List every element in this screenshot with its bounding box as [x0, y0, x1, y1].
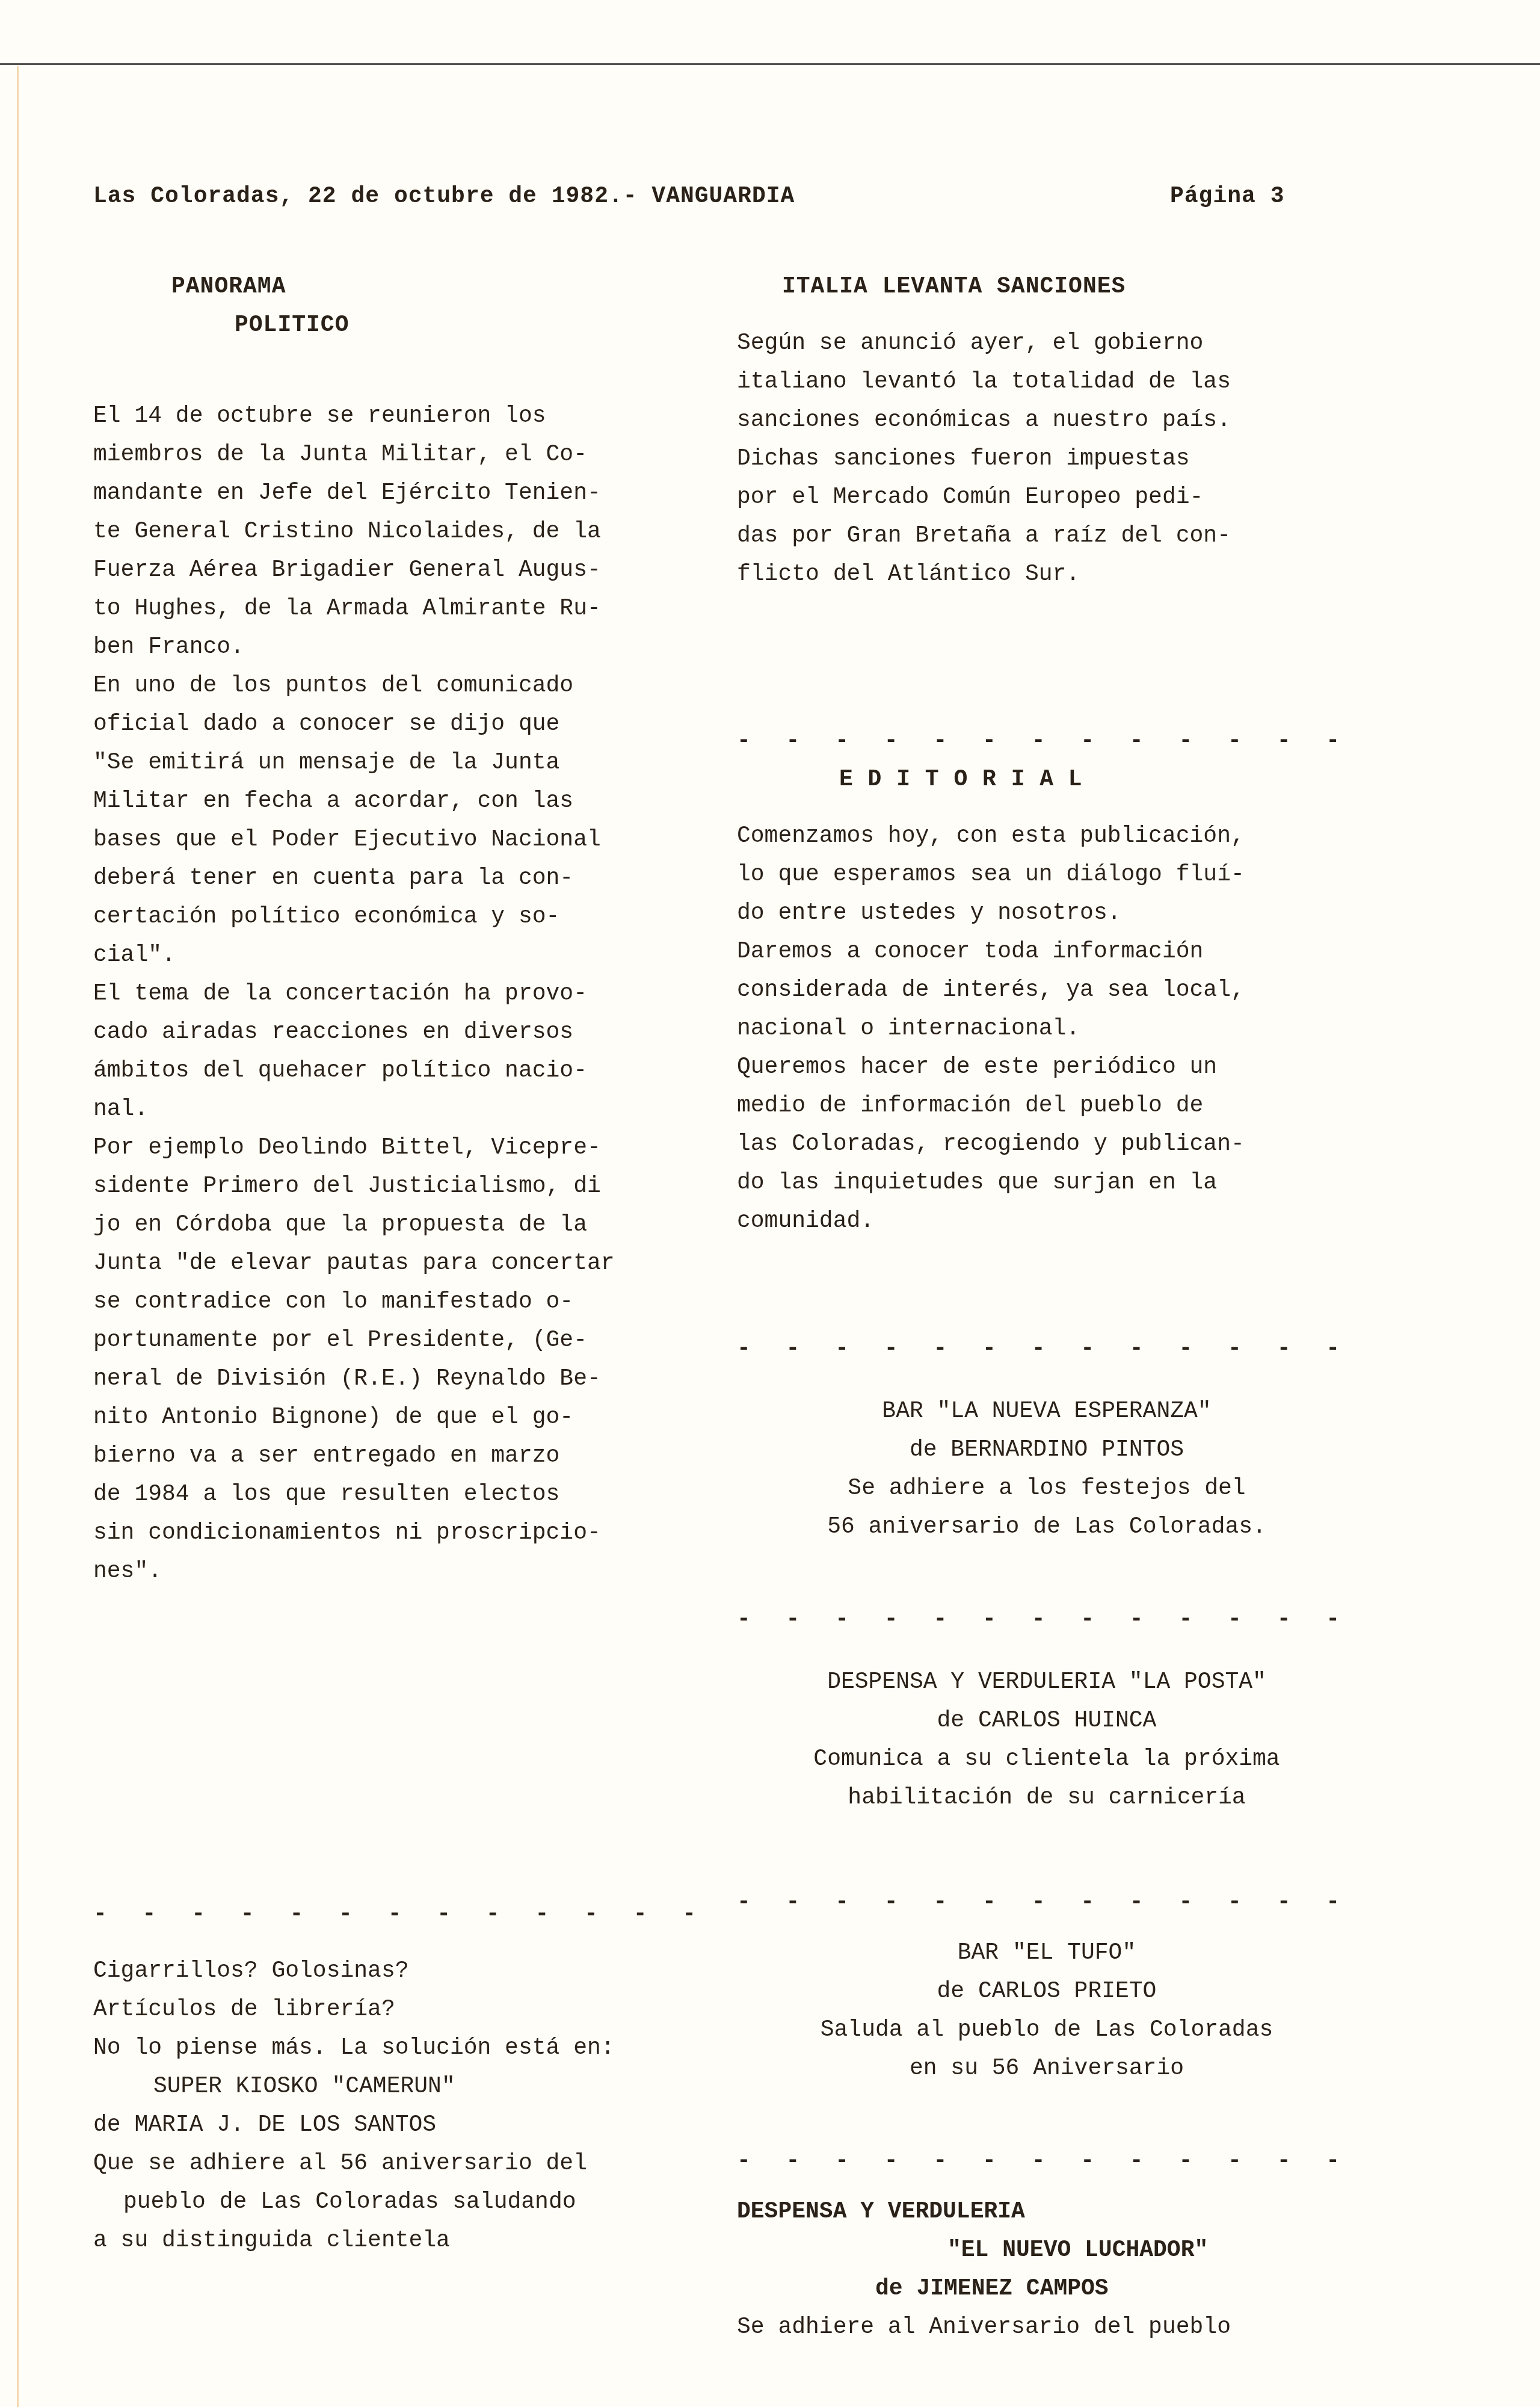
left-column: PANORAMA POLITICO: [93, 268, 707, 345]
ad-line: Artículos de librería?: [93, 1991, 707, 2029]
ad-text: BAR "EL TUFO" de CARLOS PRIETO Saluda al…: [737, 1934, 1357, 2088]
editorial-section: - - - - - - - - - - - - - - - - - - - - …: [737, 722, 1357, 1241]
page-header: Las Coloradas, 22 de octubre de 1982.- V…: [93, 184, 1296, 209]
ad-line: Cigarrillos? Golosinas?: [93, 1952, 707, 1991]
article-title-panorama: PANORAMA: [93, 268, 707, 306]
dateline: Las Coloradas, 22 de octubre de 1982.- V…: [93, 184, 795, 209]
ad-owner: de MARIA J. DE LOS SANTOS: [93, 2106, 707, 2145]
page-left-edge: [17, 66, 19, 2407]
divider: - - - - - - - - - - - - - - - - - - - -: [737, 2142, 1338, 2181]
ad-line: No lo piense más. La solución está en:: [93, 2029, 707, 2068]
article-title-politico: POLITICO: [93, 306, 707, 345]
article-title-italia: ITALIA LEVANTA SANCIONES: [737, 268, 1357, 306]
panorama-article-body: El 14 de octubre se reunieron los miembr…: [93, 397, 707, 1591]
paragraph: El tema de la concertación ha provo- cad…: [93, 975, 707, 1129]
page-top-edge: [0, 63, 1540, 65]
editorial-title: E D I T O R I A L: [737, 761, 1357, 799]
ad-line: Se adhiere al Aniversario del pueblo: [737, 2308, 1357, 2347]
ad-nuevo-luchador: - - - - - - - - - - - - - - - - - - - - …: [737, 2142, 1357, 2347]
divider: - - - - - - - - - - - - - - - - - - - -: [93, 1896, 695, 1934]
divider: - - - - - - - - - - - - - - - - - - - -: [737, 722, 1338, 761]
ad-la-posta: - - - - - - - - - - - - - - - - - - - - …: [737, 1601, 1357, 1817]
ad-owner: de JIMENEZ CAMPOS: [737, 2270, 1357, 2308]
ad-line: pueblo de Las Coloradas saludando: [93, 2183, 707, 2222]
italia-article: ITALIA LEVANTA SANCIONES Según se anunci…: [737, 268, 1357, 594]
divider: - - - - - - - - - - - - - - - - - - - -: [737, 1330, 1338, 1368]
ad-el-tufo: - - - - - - - - - - - - - - - - - - - - …: [737, 1883, 1357, 2088]
kiosko-ad: - - - - - - - - - - - - - - - - - - - - …: [93, 1896, 707, 2260]
paragraph: Por ejemplo Deolindo Bittel, Vicepre- si…: [93, 1129, 707, 1591]
paragraph: El 14 de octubre se reunieron los miembr…: [93, 397, 707, 667]
divider: - - - - - - - - - - - - - - - - - - - -: [737, 1883, 1338, 1922]
ad-line: Que se adhiere al 56 aniversario del: [93, 2145, 707, 2183]
page-number: Página 3: [1170, 184, 1284, 209]
ad-text: BAR "LA NUEVA ESPERANZA" de BERNARDINO P…: [737, 1392, 1357, 1546]
ad-text: DESPENSA Y VERDULERIA "LA POSTA" de CARL…: [737, 1663, 1357, 1817]
ad-business-name: SUPER KIOSKO "CAMERUN": [93, 2068, 707, 2106]
divider: - - - - - - - - - - - - - - - - - - - -: [737, 1601, 1338, 1639]
ad-line: a su distinguida clientela: [93, 2222, 707, 2260]
editorial-body: Comenzamos hoy, con esta publicación, lo…: [737, 817, 1357, 1241]
ad-line: DESPENSA Y VERDULERIA: [737, 2193, 1357, 2231]
ad-bar-esperanza: - - - - - - - - - - - - - - - - - - - - …: [737, 1330, 1357, 1546]
paragraph: En uno de los puntos del comunicado ofic…: [93, 667, 707, 975]
ad-business-name: "EL NUEVO LUCHADOR": [737, 2231, 1357, 2270]
article-body: Según se anunció ayer, el gobierno itali…: [737, 324, 1357, 594]
